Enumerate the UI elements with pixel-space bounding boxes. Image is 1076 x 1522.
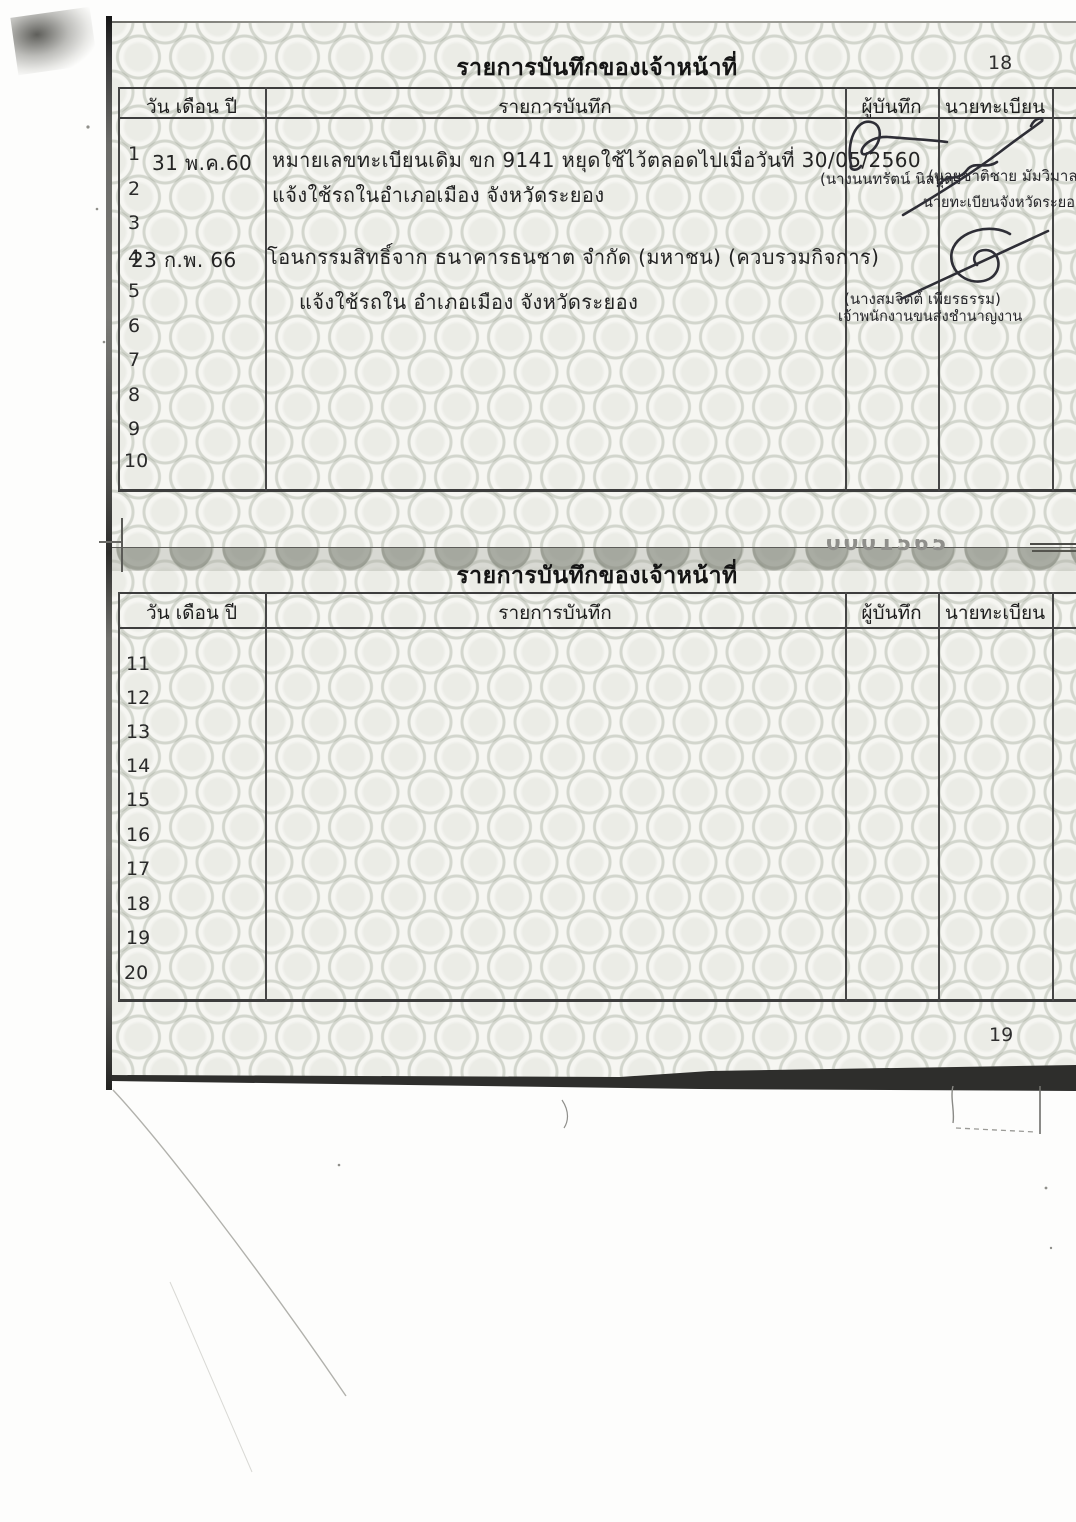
table2-header-registrar: นายทะเบียน [938,598,1052,628]
row-number: 16 [126,824,160,846]
entry1-date: 31 พ.ค.60 [152,147,252,179]
row-number: 13 [126,721,160,743]
table2-header-recorder: ผู้บันทึก [845,598,938,628]
table2-col-divider-date [265,592,267,1001]
table1-header-record: รายการบันทึก [265,92,845,122]
table2-bottom-border [118,999,1076,1002]
page19-number: 19 [989,1024,1013,1046]
paper-crease-1 [113,1090,346,1396]
table1-top-border [118,87,1076,89]
table2-col-divider-record [845,592,847,1001]
entry2-date: 23 ก.พ. 66 [131,244,237,276]
scanned-document-page: รายการบันทึกของเจ้าหน้าที่ 18 วัน เดือน … [0,0,1076,1522]
row-number: 11 [126,653,160,675]
entry2-record-line1: โอนกรรมสิทธิ์จาก ธนาคารธนชาต จำกัด (มหาช… [267,241,879,273]
entry2-record-line2: แจ้งใช้รถใน อำเภอเมือง จังหวัดระยอง [299,286,638,318]
table1-left-border [118,87,120,491]
scan-smudge-artifact [10,7,97,76]
table1-header-registrar: นายทะเบียน [938,92,1052,122]
row-number: 6 [128,315,162,337]
serial-number-stamp: 0001565 [824,539,964,556]
table1-header-recorder: ผู้บันทึก [845,92,938,122]
table2-left-border [118,592,120,1001]
entry1-record-line2: แจ้งใช้รถในอำเภอเมือง จังหวัดระยอง [272,179,605,211]
table1-right-border [1052,87,1054,491]
row-number: 8 [128,384,162,406]
table2-header-date: วัน เดือน ปี [118,598,265,628]
row-number: 7 [128,349,162,371]
row-number: 12 [126,687,160,709]
table2-col-divider-recorder [938,592,940,1001]
fold-right-dash-2 [1032,550,1076,552]
row-number: 14 [126,755,160,777]
page19-title: รายการบันทึกของเจ้าหน้าที่ [118,558,1076,594]
row-number: 10 [124,450,158,472]
row-number: 5 [128,280,162,302]
row-number: 19 [126,927,160,949]
paper-crease-2 [170,1282,252,1472]
row-number: 2 [128,178,162,200]
page-top-edge-line [112,21,1076,23]
entry1-registrar-name: (นายชาติชาย มัมวิมาลย์) [928,164,1076,188]
entry1-registrar-title: นายทะเบียนจังหวัดระยอง [923,191,1076,214]
table1-col-divider-date [265,87,267,491]
fold-right-dash-1 [1030,543,1076,545]
scan-mark-small [562,1100,568,1128]
row-number: 17 [126,858,160,880]
page18-number: 18 [988,52,1012,74]
table2-right-border [1052,592,1054,1001]
entry2-recorder-title: เจ้าพนักงานขนส่งชำนาญงาน [838,305,1022,328]
page18-title: รายการบันทึกของเจ้าหน้าที่ [118,50,1076,86]
row-number: 20 [124,962,158,984]
row-number: 3 [128,212,162,234]
table2-header-record: รายการบันทึก [265,598,845,628]
row-number: 9 [128,418,162,440]
row-number: 15 [126,789,160,811]
table1-header-date: วัน เดือน ปี [118,92,265,122]
paper-tab-outline [952,1086,1040,1134]
table1-bottom-border [118,489,1076,492]
fold-left-dash [99,541,121,543]
table2-top-border [118,592,1076,594]
row-number: 18 [126,893,160,915]
